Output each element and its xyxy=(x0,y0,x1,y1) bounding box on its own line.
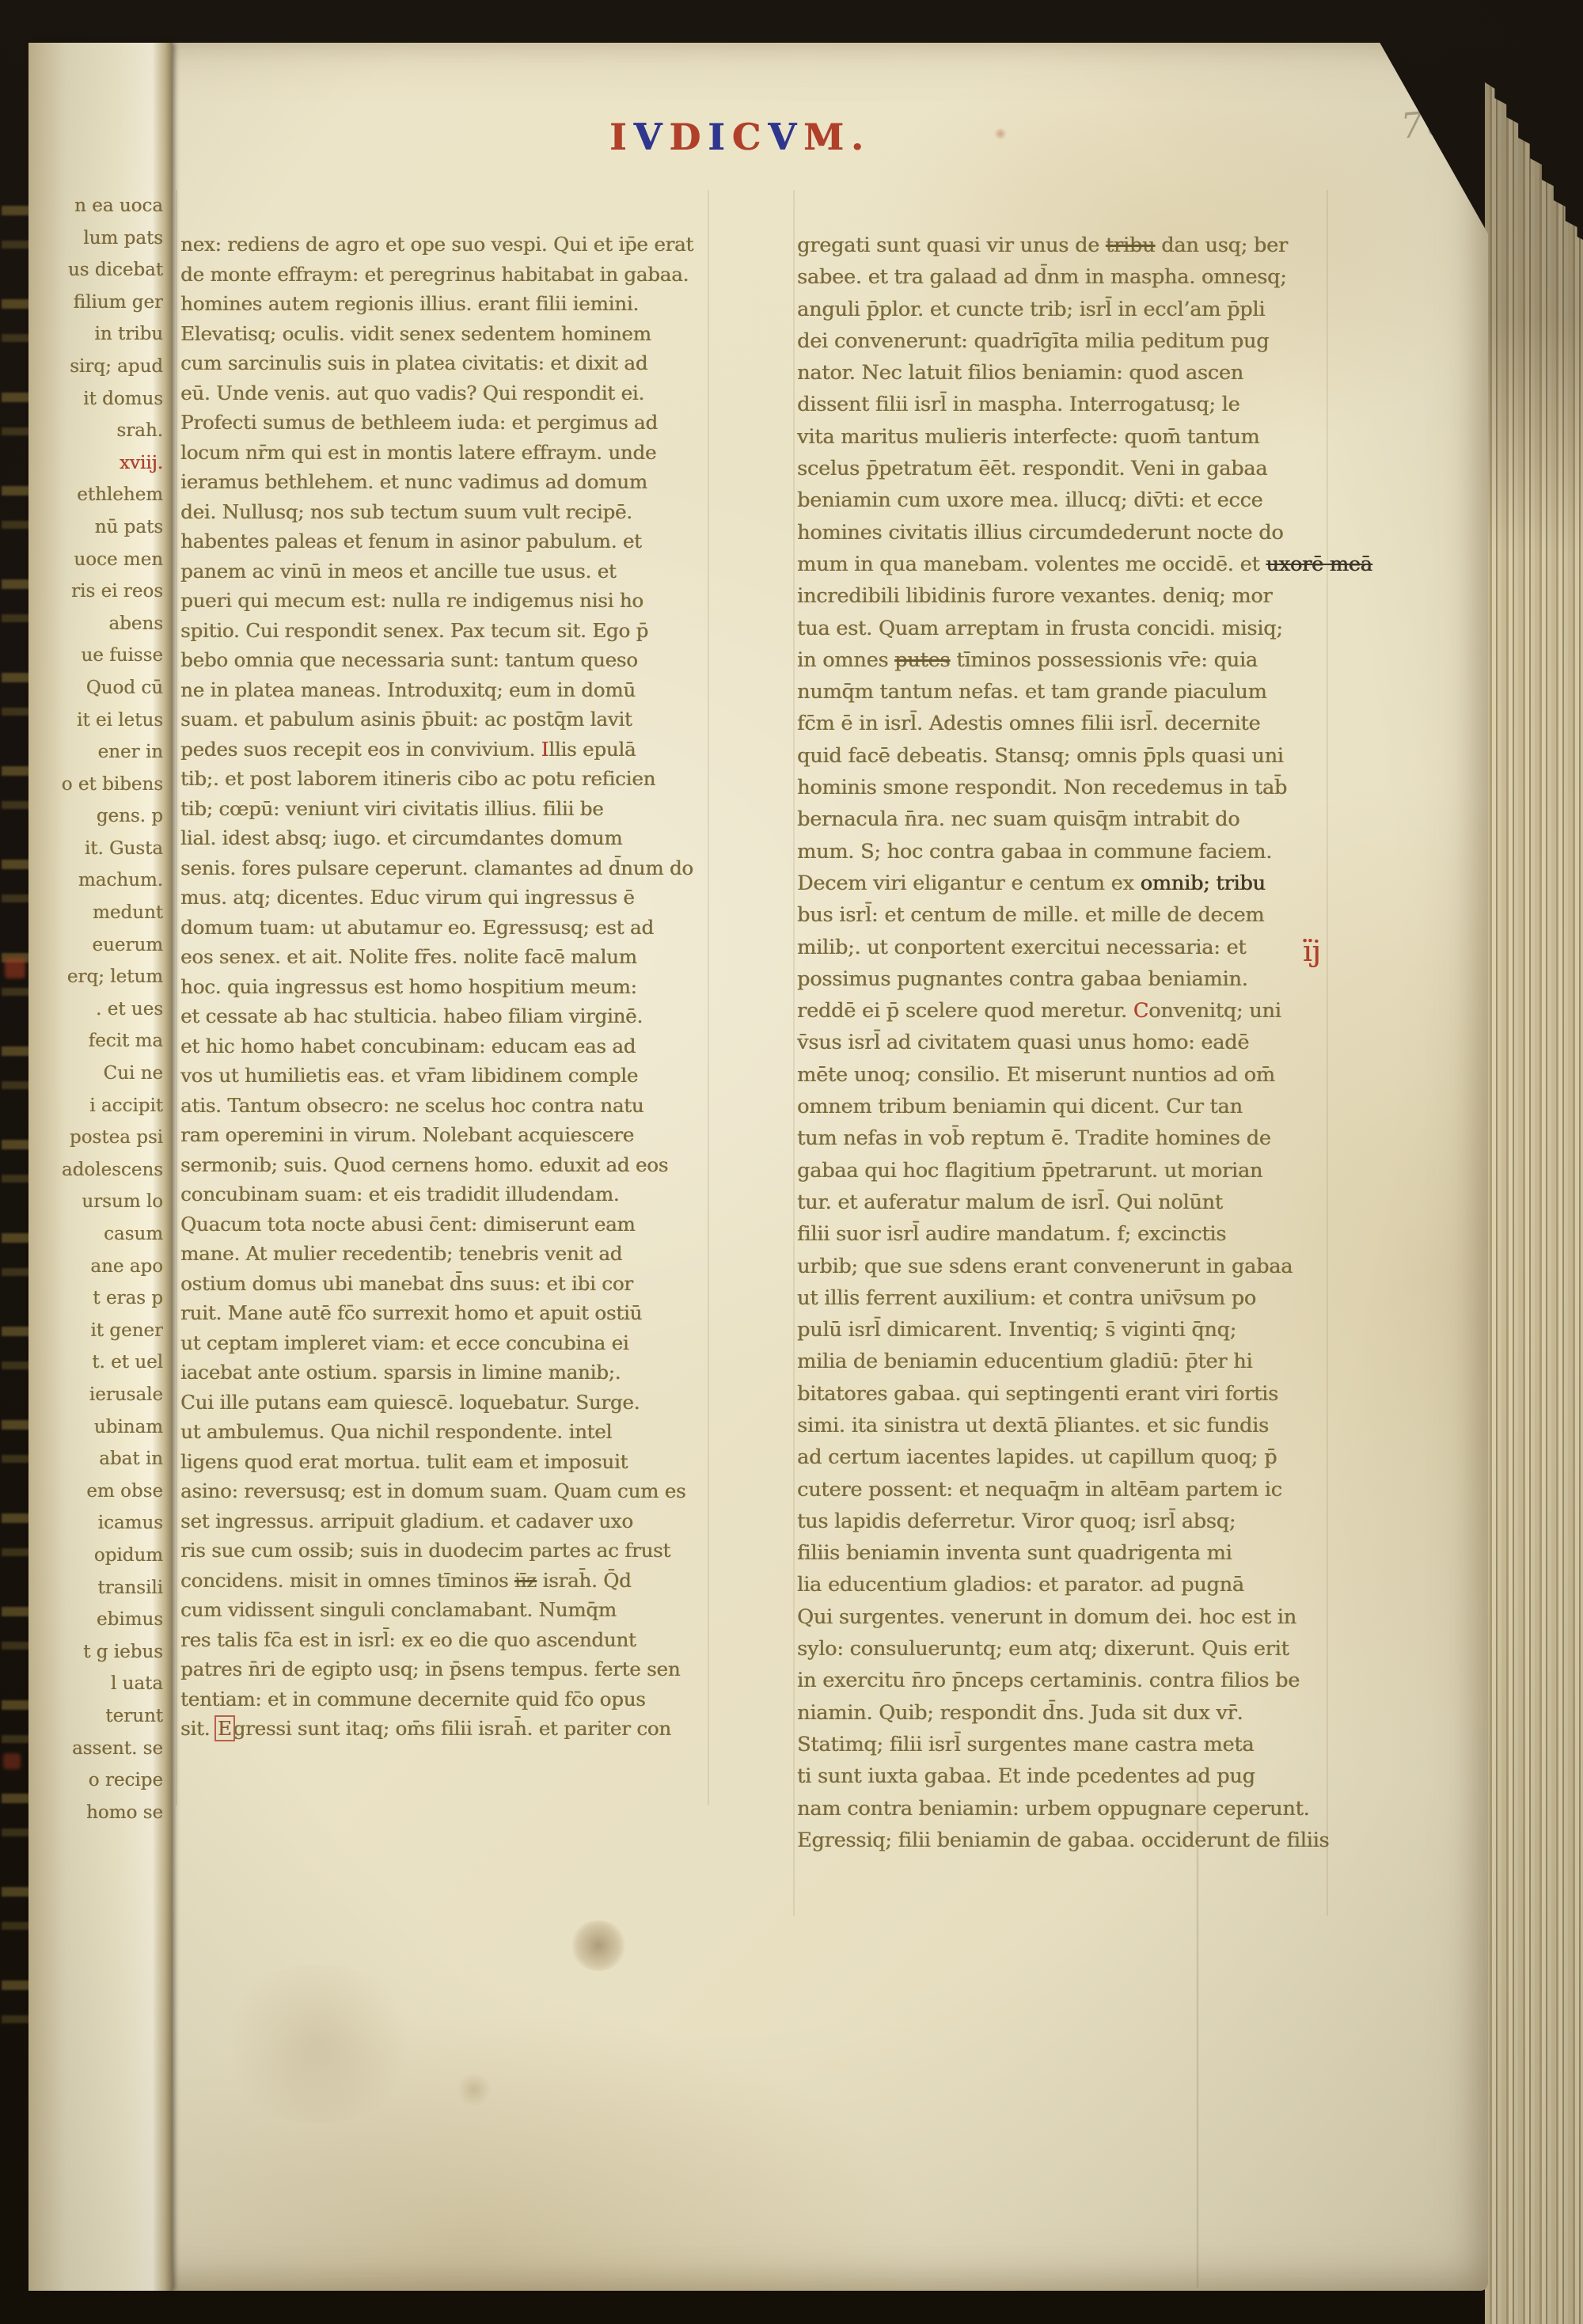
prev-leaf-fragment: n ea uoca xyxy=(32,190,163,222)
text-line: dissent filii isrl̄ in maspha. Interroga… xyxy=(797,389,1322,420)
text-line: pulū isrl̄ dimicarent. Inventiq; s̄ vigi… xyxy=(797,1314,1322,1346)
text-line: tus lapidis deferretur. Viror quoq; isrl… xyxy=(797,1506,1322,1537)
prev-leaf-fragment: srah. xyxy=(32,415,163,447)
manuscript-page: IVDICVM. 76 nex: rediens de agro et ope … xyxy=(46,43,1488,2291)
prev-leaf-fragment: adolescens xyxy=(32,1154,163,1187)
text-line: spitio. Cui respondit senex. Pax tecum s… xyxy=(180,616,708,646)
prev-leaf-fragment: Quod cū xyxy=(32,672,163,704)
text-line: mus. atq; dicentes. Educ virum qui ingre… xyxy=(180,883,708,913)
text-line: Statimq; filii isrl̄ surgentes mane cast… xyxy=(797,1729,1322,1760)
text-line: milia de beniamin educentium gladiū: p̄t… xyxy=(797,1346,1322,1377)
text-line: fc̄m ē in isrl̄. Adestis omnes filii isr… xyxy=(797,708,1322,739)
prev-leaf-fragment: it. Gusta xyxy=(32,833,163,865)
text-line: vos ut humilietis eas. et vr̄am libidine… xyxy=(180,1061,708,1091)
text-line: simi. ita sinistra ut dextā p̄liantes. e… xyxy=(797,1410,1322,1441)
text-line: tentiam: et in commune decernite quid fc… xyxy=(180,1684,708,1715)
text-line: ruit. Mane autē fc̄o surrexit homo et ap… xyxy=(180,1298,708,1328)
text-line: de monte effraym: et peregrinus habitaba… xyxy=(180,260,708,290)
prev-leaf-fragment: abens xyxy=(32,608,163,640)
text-line: locum nr̄m qui est in montis latere effr… xyxy=(180,438,708,468)
running-title-letter: V xyxy=(634,116,670,158)
prev-leaf-fragment: Cui ne xyxy=(32,1058,163,1090)
text-line: eos senex. et ait. Nolite fr̄es. nolite … xyxy=(180,942,708,972)
text-line: sermonib; suis. Quod cernens homo. eduxi… xyxy=(180,1150,708,1180)
text-line: cum vidissent singuli conclamabant. Numq… xyxy=(180,1595,708,1625)
text-line: Decem viri eligantur e centum ex omnib; … xyxy=(797,868,1322,899)
text-line: tum nefas in vob̄ reptum ē. Tradite homi… xyxy=(797,1122,1322,1154)
quire-mark-ij: ïj xyxy=(1303,936,1321,968)
text-line: lial. idest absq; iugo. et circumdantes … xyxy=(180,823,708,853)
prev-leaf-fragment: ane apo xyxy=(32,1251,163,1283)
text-line: res talis fc̄a est in isrl̄: ex eo die q… xyxy=(180,1625,708,1655)
text-line: gregati sunt quasi vir unus de tribu dan… xyxy=(797,230,1322,261)
text-line: homines autem regionis illius. erant fil… xyxy=(180,289,708,319)
text-line: suam. et pabulum asinis p̄buit: ac postq… xyxy=(180,704,708,735)
text-line: ostium domus ubi manebat d̄ns suus: et i… xyxy=(180,1269,708,1299)
prev-leaf-fragment: gens. p xyxy=(32,800,163,833)
prev-leaf-fragment: medunt xyxy=(32,897,163,929)
prev-leaf-fragment: ue fuisse xyxy=(32,640,163,672)
text-line: nam contra beniamin: urbem oppugnare cep… xyxy=(797,1793,1322,1825)
text-line: quid facē debeatis. Stansq; omnis p̄pls … xyxy=(797,740,1322,772)
text-line: atis. Tantum obsecro: ne scelus hoc cont… xyxy=(180,1091,708,1121)
parchment-stain xyxy=(456,2074,492,2106)
parchment-stain xyxy=(215,1965,421,2123)
prev-leaf-fragment: fecit ma xyxy=(32,1025,163,1058)
running-title-letter: I xyxy=(708,116,732,158)
prev-leaf-fragment: uoce men xyxy=(32,544,163,576)
prev-leaf-fragment: it gener xyxy=(32,1315,163,1347)
prev-leaf-fragment: o recipe xyxy=(32,1764,163,1797)
prev-leaf-fragment: in tribu xyxy=(32,318,163,351)
text-line: mēte unoq; consilio. Et miserunt nuntios… xyxy=(797,1059,1322,1091)
text-line: set ingressus. arripuit gladium. et cada… xyxy=(180,1506,708,1536)
prev-leaf-fragment: lum pats xyxy=(32,222,163,255)
text-line: vita maritus mulieris interfecte: quom̄ … xyxy=(797,421,1322,453)
text-line: iacebat ante ostium. sparsis in limine m… xyxy=(180,1358,708,1388)
text-line: in omnes putes tīminos possessionis vr̄e… xyxy=(797,644,1322,676)
text-line: panem ac vinū in meos et ancille tue usu… xyxy=(180,556,708,587)
prev-leaf-fragment: abat in xyxy=(32,1443,163,1475)
text-line: Quacum tota nocte abusi c̄ent: dimiserun… xyxy=(180,1209,708,1240)
prev-leaf-fragment: ierusale xyxy=(32,1379,163,1411)
text-line: possimus pugnantes contra gabaa beniamin… xyxy=(797,963,1322,995)
text-line: habentes paleas et fenum in asinor pabul… xyxy=(180,526,708,556)
text-line: tib;. et post laborem itineris cibo ac p… xyxy=(180,764,708,794)
prev-leaf-fragment: homo se xyxy=(32,1797,163,1829)
prev-leaf-fragment: casum xyxy=(32,1218,163,1251)
prev-leaf-fragment: nū pats xyxy=(32,511,163,544)
text-line: numq̄m tantum nefas. et tam grande piacu… xyxy=(797,676,1322,708)
text-line: ut illis ferrent auxilium: et contra uni… xyxy=(797,1282,1322,1314)
text-line: ut ceptam impleret viam: et ecce concubi… xyxy=(180,1328,708,1358)
text-line: pueri qui mecum est: nulla re indigemus … xyxy=(180,586,708,616)
running-title-letter: V xyxy=(768,116,803,158)
text-line: beniamin cum uxore mea. illucq; div̄ti: … xyxy=(797,484,1322,516)
text-line: gabaa qui hoc flagitium p̄petrarunt. ut … xyxy=(797,1155,1322,1187)
prev-leaf-fragment: machum. xyxy=(32,864,163,897)
text-line: ad certum iacentes lapides. ut capillum … xyxy=(797,1441,1322,1473)
ruling-line xyxy=(1327,190,1328,1916)
text-line: ieramus bethlehem. et nunc vadimus ad do… xyxy=(180,467,708,497)
text-line: hominis smone respondit. Non recedemus i… xyxy=(797,772,1322,803)
text-line: ligens quod erat mortua. tulit eam et im… xyxy=(180,1447,708,1477)
under-page-ghost-text xyxy=(2,182,30,2058)
text-line: Profecti sumus de bethleem iuda: et perg… xyxy=(180,408,708,438)
under-page-red-mark xyxy=(3,1753,21,1769)
prev-leaf-fragment: xviij. xyxy=(32,447,163,480)
prev-leaf-fragment: it ei letus xyxy=(32,704,163,737)
text-line: tua est. Quam arreptam in frusta concidi… xyxy=(797,613,1322,644)
prev-leaf-fragment: erq; letum xyxy=(32,961,163,993)
prev-leaf-fragment: transili xyxy=(32,1572,163,1604)
text-line: concidens. misit in omnes tīminos iīz is… xyxy=(180,1566,708,1596)
prev-leaf-fragment: icamus xyxy=(32,1507,163,1540)
text-line: reddē ei p̄ scelere quod meretur. Conven… xyxy=(797,995,1322,1027)
text-line: filii suor isrl̄ audire mandatum. f; exc… xyxy=(797,1218,1322,1250)
prev-leaf-fragment: terunt xyxy=(32,1700,163,1733)
text-line: mum in qua manebam. volentes me occidē. … xyxy=(797,549,1322,580)
text-line: pedes suos recepit eos in convivium. Ill… xyxy=(180,735,708,765)
text-column-left: nex: rediens de agro et ope suo vespi. Q… xyxy=(180,230,708,1744)
text-line: sabee. et tra galaad ad d̄nm in maspha. … xyxy=(797,261,1322,293)
running-title-letter: C xyxy=(732,116,769,158)
prev-leaf-fragment: ris ei reos xyxy=(32,575,163,608)
text-line: Egressiq; filii beniamin de gabaa. occid… xyxy=(797,1825,1322,1856)
text-line: scelus p̄petratum ēēt. respondit. Veni i… xyxy=(797,453,1322,484)
parchment-stain xyxy=(570,1920,627,1971)
prev-leaf-fragment: postea psi xyxy=(32,1122,163,1154)
prev-leaf-fragment: euerum xyxy=(32,929,163,962)
prev-leaf-fragment: t g iebus xyxy=(32,1636,163,1669)
text-line: Elevatisq; oculis. vidit senex sedentem … xyxy=(180,319,708,349)
prev-leaf-fragment: sirq; apud xyxy=(32,351,163,383)
prev-leaf-fragment: ubinam xyxy=(32,1411,163,1444)
text-line: asino: reversusq; est in domum suam. Qua… xyxy=(180,1476,708,1506)
running-title-letter: I xyxy=(609,116,634,158)
text-line: in exercitu n̄ro p̄nceps certaminis. con… xyxy=(797,1665,1322,1696)
prev-leaf-fragment: . et ues xyxy=(32,993,163,1026)
text-line: hoc. quia ingressus est homo hospitium m… xyxy=(180,972,708,1002)
book-fore-edge-leaf-stack xyxy=(1485,0,1583,2324)
text-line: v̄sus isrl̄ ad civitatem quasi unus homo… xyxy=(797,1027,1322,1058)
text-line: ti sunt iuxta gabaa. Et inde pcedentes a… xyxy=(797,1760,1322,1792)
text-line: nator. Nec latuit filios beniamin: quod … xyxy=(797,357,1322,389)
manuscript-photo: IVDICVM. 76 nex: rediens de agro et ope … xyxy=(0,0,1583,2324)
text-line: urbib; que sue sdens erant convenerunt i… xyxy=(797,1251,1322,1282)
text-line: anguli p̄plor. et cuncte trib; isrl̄ in … xyxy=(797,294,1322,325)
prev-leaf-fragment: ebimus xyxy=(32,1604,163,1636)
parchment-crease xyxy=(1197,1781,1198,2288)
ruling-line xyxy=(176,190,177,1805)
prev-leaf-fragment: assent. se xyxy=(32,1733,163,1765)
text-line: Cui ille putans eam quiescē. loquebatur.… xyxy=(180,1388,708,1418)
text-line: bitatores gabaa. qui septingenti erant v… xyxy=(797,1378,1322,1410)
text-line: niamin. Quib; respondit d̄ns. Juda sit d… xyxy=(797,1697,1322,1729)
prev-leaf-fragment: it domus xyxy=(32,383,163,416)
text-line: tur. et auferatur malum de isrl̄. Qui no… xyxy=(797,1187,1322,1218)
prev-leaf-fragment: ursum lo xyxy=(32,1186,163,1218)
text-line: mum. S; hoc contra gabaa in commune faci… xyxy=(797,836,1322,868)
prev-leaf-fragment: opidum xyxy=(32,1540,163,1572)
text-line: cum sarcinulis suis in platea civitatis:… xyxy=(180,348,708,378)
text-column-right: gregati sunt quasi vir unus de tribu dan… xyxy=(797,230,1322,1856)
text-line: cutere possent: et nequaq̄m in altēam pa… xyxy=(797,1474,1322,1506)
text-line: filiis beniamin inventa sunt quadrigenta… xyxy=(797,1537,1322,1569)
text-line: sylo: consulueruntq; eum atq; dixerunt. … xyxy=(797,1633,1322,1665)
prev-leaf-fragment: l uata xyxy=(32,1668,163,1700)
running-title-letter: D xyxy=(669,116,708,158)
text-line: milib;. ut conportent exercitui necessar… xyxy=(797,932,1322,963)
text-line: bus isrl̄: et centum de mille. et mille … xyxy=(797,899,1322,931)
text-line: nex: rediens de agro et ope suo vespi. Q… xyxy=(180,230,708,260)
prev-leaf-fragment: ethlehem xyxy=(32,479,163,511)
text-line: dei. Nullusq; nos sub tectum suum vult r… xyxy=(180,497,708,527)
text-line: ut ambulemus. Qua nichil respondente. in… xyxy=(180,1417,708,1447)
prev-leaf-fragment: filium ger xyxy=(32,287,163,319)
text-line: Qui surgentes. venerunt in domum dei. ho… xyxy=(797,1601,1322,1633)
text-line: homines civitatis illius circumdederunt … xyxy=(797,517,1322,549)
prev-leaf-fragment: t eras p xyxy=(32,1282,163,1315)
text-line: senis. fores pulsare ceperunt. clamantes… xyxy=(180,853,708,883)
prev-leaf-fragment: em obse xyxy=(32,1475,163,1508)
prev-leaf-fragment: us dicebat xyxy=(32,254,163,287)
prev-leaf-fragment: ener in xyxy=(32,736,163,769)
text-line: et hic homo habet concubinam: educam eas… xyxy=(180,1031,708,1061)
under-page-red-mark xyxy=(5,958,25,978)
text-line: incredibili libidinis furore vexantes. d… xyxy=(797,580,1322,612)
ruling-line xyxy=(708,190,709,1805)
text-line: lia educentium gladios: et parator. ad p… xyxy=(797,1569,1322,1601)
text-line: bernacula n̄ra. nec suam quisq̄m intrabi… xyxy=(797,803,1322,835)
text-line: domum tuam: ut abutamur eo. Egressusq; e… xyxy=(180,913,708,943)
text-line: eū. Unde venis. aut quo vadis? Qui respo… xyxy=(180,378,708,408)
text-line: dei convenerunt: quadrīgīta milia peditu… xyxy=(797,325,1322,357)
running-title-letter: M xyxy=(803,116,851,158)
text-line: mane. At mulier recedentib; tenebris ven… xyxy=(180,1239,708,1269)
text-line: et cessate ab hac stulticia. habeo filia… xyxy=(180,1001,708,1031)
prev-leaf-fragment: t. et uel xyxy=(32,1346,163,1379)
text-line: tib; cœpū: veniunt viri civitatis illius… xyxy=(180,794,708,824)
running-title-ivdicvm: IVDICVM. xyxy=(609,116,871,158)
folio-number: 76 xyxy=(1399,102,1453,146)
ruling-line xyxy=(793,190,795,1916)
text-line: concubinam suam: et eis tradidit illuden… xyxy=(180,1179,708,1209)
previous-leaf-edge: n ea uocalum patsus dicebatfilium gerin … xyxy=(28,43,173,2291)
prev-leaf-fragment: i accipit xyxy=(32,1090,163,1122)
running-title-letter: . xyxy=(851,116,871,158)
text-line: patres n̄ri de egipto usq; in p̄sens tem… xyxy=(180,1654,708,1684)
parchment-stain xyxy=(994,128,1007,139)
text-line: ram operemini in virum. Nolebant acquies… xyxy=(180,1120,708,1150)
text-line: ne in platea maneas. Introduxitq; eum in… xyxy=(180,675,708,705)
text-line: bebo omnia que necessaria sunt: tantum q… xyxy=(180,645,708,675)
prev-leaf-fragment: o et bibens xyxy=(32,769,163,801)
previous-leaf-text-fragments: n ea uocalum patsus dicebatfilium gerin … xyxy=(32,190,163,1828)
text-line: omnem tribum beniamin qui dicent. Cur ta… xyxy=(797,1091,1322,1122)
text-line: sit. Egressi sunt itaq; om̄s filii israh… xyxy=(180,1714,708,1744)
text-line: ris sue cum ossib; suis in duodecim part… xyxy=(180,1536,708,1566)
